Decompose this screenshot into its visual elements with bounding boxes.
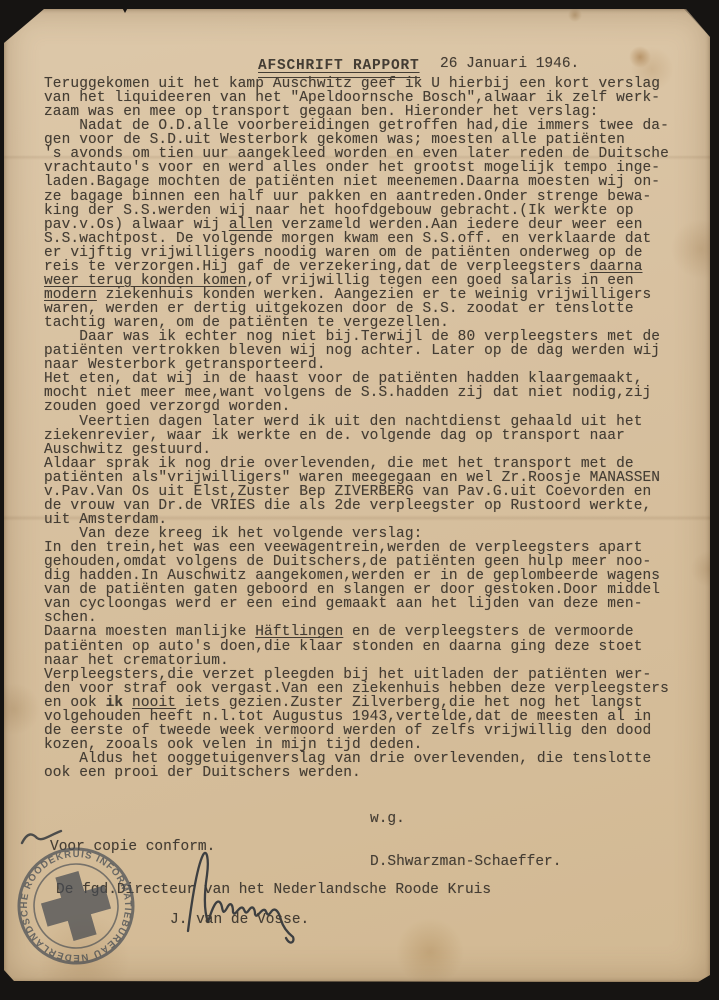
report-line: Veertien dagen later werd ik uit den nac…: [44, 415, 692, 429]
report-line: den voor straf ook vergast.Van een zieke…: [44, 682, 692, 696]
report-line: ook een prooi der Duitschers werden.: [44, 766, 692, 780]
report-line: patiënten als"vrijwilligers" waren meege…: [44, 471, 692, 485]
report-line: zouden goed verzorgd worden.: [44, 400, 692, 414]
report-line: v.Pav.Van Os uit Elst,Zuster Bep ZIVERBE…: [44, 485, 692, 499]
report-line: Van deze kreeg ik het volgende verslag:: [44, 527, 692, 541]
report-line: en ook ik nooit iets gezien.Zuster Zilve…: [44, 696, 692, 710]
typed-signature-name: J. van de Vosse.: [170, 912, 309, 928]
paper-notch: [118, 0, 132, 13]
report-line: Teruggekomen uit het kamp Auschwitz geef…: [44, 77, 692, 91]
report-line: weer terug konden komen,of vrijwillig te…: [44, 274, 692, 288]
report-line: uit Amsterdam.: [44, 513, 692, 527]
report-line: van cycloongas werd er een eind gemaakt …: [44, 597, 692, 611]
report-line: laden.Bagage mochten de patiënten niet m…: [44, 175, 692, 189]
report-line: waren, werden er dertig uitgekozen door …: [44, 302, 692, 316]
pen-checkmark-icon: [20, 825, 64, 849]
report-line: Aldaar sprak ik nog drie overlevenden, d…: [44, 457, 692, 471]
red-cross-symbol: [35, 865, 117, 947]
report-line: de vrouw van Dr.de VRIES die als 2de ver…: [44, 499, 692, 513]
report-line: ziekenrevier, waar ik werkte en de. volg…: [44, 429, 692, 443]
report-line: reis te verzorgen.Hij gaf de verzekering…: [44, 260, 692, 274]
report-line: patiënten op auto's doen,die klaar stond…: [44, 640, 692, 654]
report-line: Daarna moesten manlijke Häftlingen en de…: [44, 625, 692, 639]
report-title-text: AFSCHRIFT RAPPORT: [258, 58, 420, 78]
report-line: er vijftig vrijwilligers noodig waren om…: [44, 246, 692, 260]
report-line: king der S.S.werden wij naar het hoofdge…: [44, 204, 692, 218]
report-line: Aldus het ooggetuigenverslag van drie ov…: [44, 752, 692, 766]
report-line: naar het crematorium.: [44, 654, 692, 668]
report-date: 26 Januari 1946.: [440, 56, 579, 72]
report-line: pav.v.Os) alwaar wij allen verzameld wer…: [44, 218, 692, 232]
report-line: kozen, zooals ook velen in mijn tijd ded…: [44, 738, 692, 752]
report-body: Teruggekomen uit het kamp Auschwitz geef…: [44, 77, 692, 780]
report-line: Auschwitz gestuurd.: [44, 443, 692, 457]
handwritten-signature: [162, 847, 312, 951]
report-line: modern ziekenhuis konden werken. Aangezi…: [44, 288, 692, 302]
report-line: Verpleegsters,die verzet pleegden bij he…: [44, 668, 692, 682]
document-page: AFSCHRIFT RAPPORT 26 Januari 1946. Terug…: [4, 9, 710, 982]
report-line: volgehouden heeft n.l.tot Augustus 1943,…: [44, 710, 692, 724]
report-line: de eerste of tweede week vermoord werden…: [44, 724, 692, 738]
report-line: ze bagage binnen een half uur pakken en …: [44, 190, 692, 204]
report-line: S.S.wachtpost. De volgende morgen kwam e…: [44, 232, 692, 246]
corner-fold: [684, 9, 710, 37]
